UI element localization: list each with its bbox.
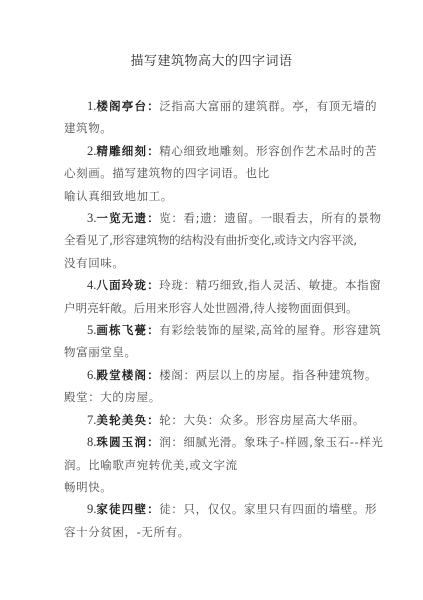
entry-text: 精心细致地雕刻。形容创作艺术品时的苦 — [159, 144, 377, 158]
entry-term: 珠圆玉润 — [96, 435, 147, 449]
entry-text: 殿堂：大的房屋。 — [64, 386, 360, 408]
entry-text: 喻认真细致地加工。 — [64, 185, 360, 207]
entry-text: 没有回味。 — [64, 252, 360, 274]
entry-text: 泛指高大富丽的建筑群。亭，有顶无墙的 — [159, 99, 377, 113]
entry-number: 1. — [87, 99, 96, 113]
entry-text: 有彩绘装饰的屋梁,高耸的屋脊。形容建筑 — [159, 323, 381, 337]
entry-term: 一览无遗 — [96, 211, 147, 225]
page-title: 描写建筑物高大的四字词语 — [0, 50, 423, 69]
entry-text: 玲珑：精巧细致,指人灵活、敏捷。本指窗 — [159, 278, 381, 292]
entry-text: 楼阁：两层以上的房屋。指各种建筑物。 — [159, 368, 377, 382]
entry-number: 8. — [87, 435, 96, 449]
entry-3: 3.一览无遗：览：看;遗：遗留。一眼看去，所有的景物 全看见了,形容建筑物的结构… — [64, 207, 360, 274]
entry-number: 9. — [87, 502, 96, 516]
entry-text: 容十分贫困，-无所有。 — [64, 521, 360, 543]
entry-6: 6.殿堂楼阁：楼阁：两层以上的房屋。指各种建筑物。 殿堂：大的房屋。 — [64, 364, 360, 409]
entry-5: 5.画栋飞甍：有彩绘装饰的屋梁,高耸的屋脊。形容建筑 物富丽堂皇。 — [64, 319, 360, 364]
entry-number: 3. — [87, 211, 96, 225]
entry-term: 美轮美奂 — [96, 413, 147, 427]
entry-text: 物富丽堂皇。 — [64, 341, 360, 363]
entry-1: 1.楼阁亭台：泛指高大富丽的建筑群。亭，有顶无墙的 建筑物。 — [64, 95, 360, 140]
document-page: 描写建筑物高大的四字词语 1.楼阁亭台：泛指高大富丽的建筑群。亭，有顶无墙的 建… — [0, 0, 423, 600]
entry-number: 4. — [87, 278, 96, 292]
entry-text: 润：细腻光滑。象珠子-样圆,象玉石--样光 — [159, 435, 383, 449]
entry-9: 9.家徒四壁：徒：只，仅仅。家里只有四面的墙壁。形 容十分贫困，-无所有。 — [64, 498, 360, 543]
entry-number: 6. — [87, 368, 96, 382]
entry-7: 7.美轮美奂：轮：大奂：众多。形容房屋高大华丽。 — [64, 409, 360, 431]
entry-number: 7. — [87, 413, 96, 427]
entry-2: 2.精雕细刻：精心细致地雕刻。形容创作艺术品时的苦 心刻画。描写建筑物的四字词语… — [64, 140, 360, 207]
entry-4: 4.八面玲珑：玲珑：精巧细致,指人灵活、敏捷。本指窗 户明亮轩敞。后用来形容人处… — [64, 274, 360, 319]
entry-term: 八面玲珑 — [96, 278, 147, 292]
entry-text: 润。比喻歌声宛转优美,或文字流 — [64, 454, 360, 476]
entry-text: 建筑物。 — [64, 117, 360, 139]
entry-text: 览：看;遗：遗留。一眼看去，所有的景物 — [159, 211, 381, 225]
entry-term: 殿堂楼阁 — [96, 368, 147, 382]
entry-text: 徒：只，仅仅。家里只有四面的墙壁。形 — [159, 502, 377, 516]
entry-term: 家徒四壁 — [96, 502, 147, 516]
entry-8: 8.珠圆玉润：润：细腻光滑。象珠子-样圆,象玉石--样光 润。比喻歌声宛转优美,… — [64, 431, 360, 498]
entry-text: 轮：大奂：众多。形容房屋高大华丽。 — [159, 413, 365, 427]
entry-text: 畅明快。 — [64, 476, 360, 498]
entry-list: 1.楼阁亭台：泛指高大富丽的建筑群。亭，有顶无墙的 建筑物。 2.精雕细刻：精心… — [64, 95, 360, 543]
entry-number: 5. — [87, 323, 96, 337]
entry-term: 楼阁亭台 — [96, 99, 147, 113]
entry-number: 2. — [87, 144, 96, 158]
entry-text: 全看见了,形容建筑物的结构没有曲折变化,或诗文内容平淡, — [64, 229, 360, 251]
entry-text: 心刻画。描写建筑物的四字词语。也比 — [64, 162, 360, 184]
entry-term: 精雕细刻 — [96, 144, 147, 158]
entry-term: 画栋飞甍 — [96, 323, 147, 337]
entry-text: 户明亮轩敞。后用来形容人处世圆滑,待人接物面面俱到。 — [64, 297, 360, 319]
